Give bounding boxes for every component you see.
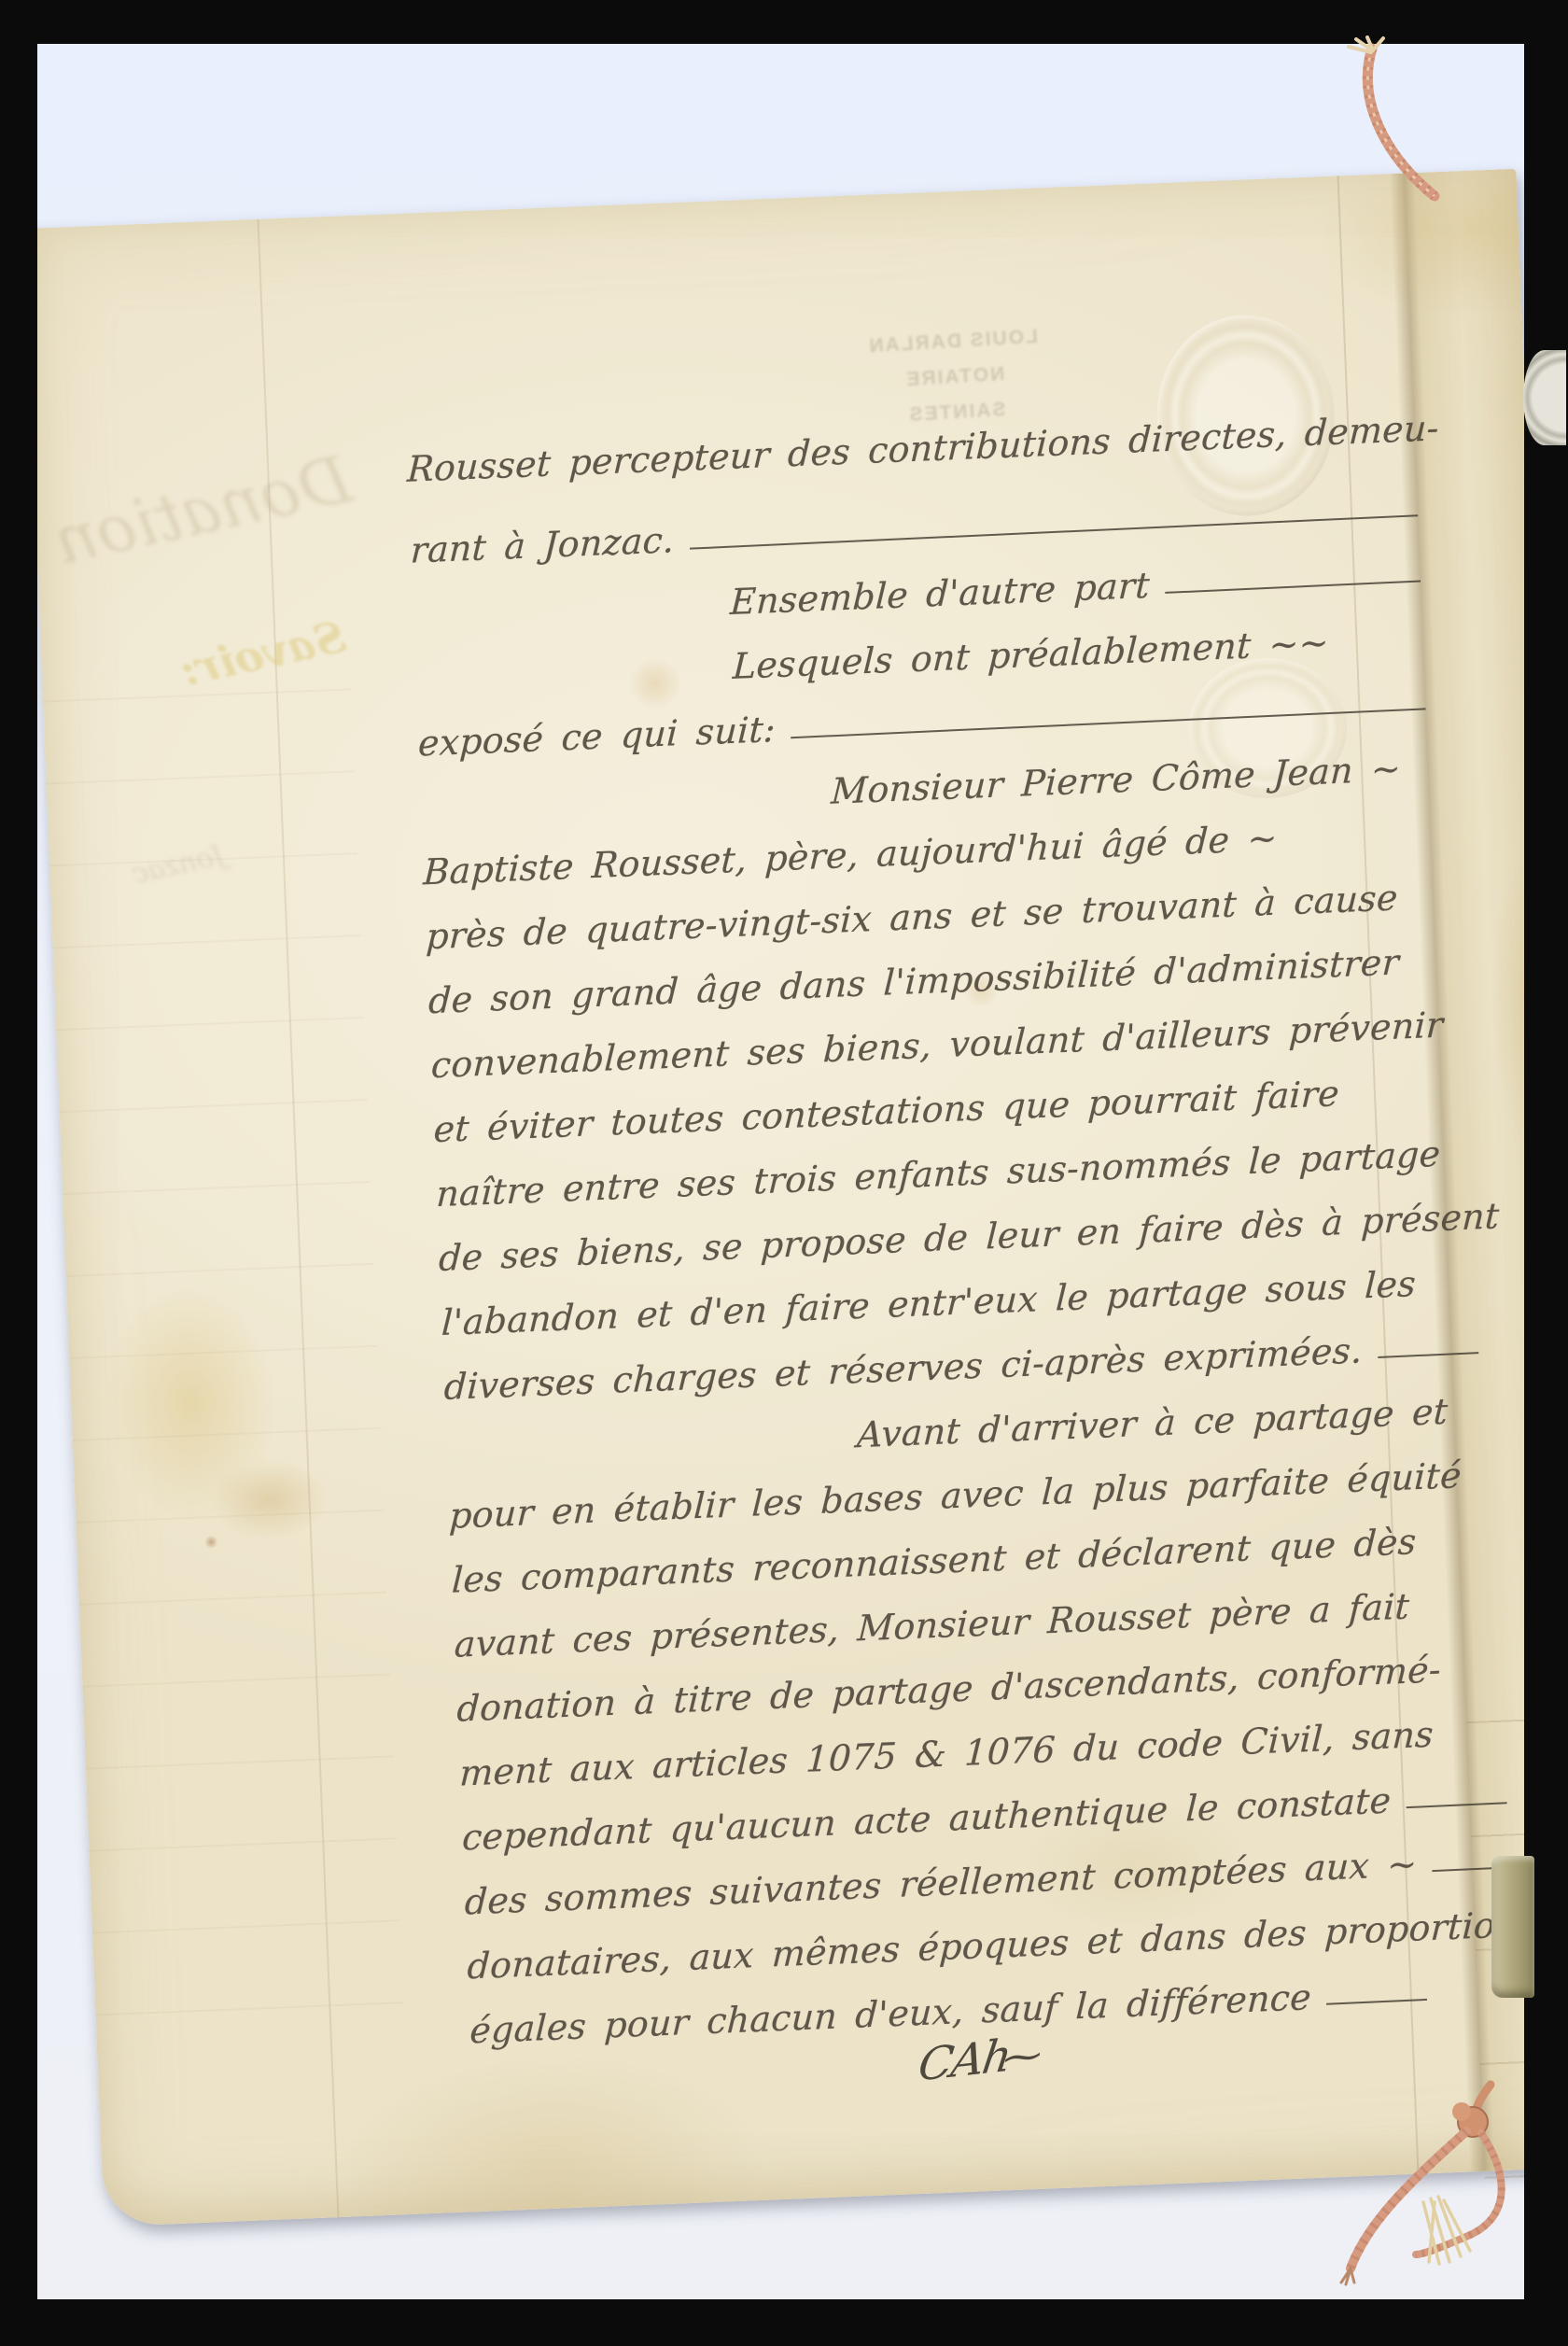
photo-of-archival-document: LOUIS DARLAN NOTAIRE SAINTES Donation Sa…	[0, 0, 1568, 2346]
letterbox-bottom	[0, 2299, 1568, 2346]
show-through-ruled-lines-left	[40, 608, 406, 2075]
binding-cord-top	[1330, 35, 1470, 213]
verso-script-show-through: Donation	[48, 441, 358, 580]
embossed-seal-fragment-right-edge	[1523, 350, 1566, 445]
ink-rule	[1378, 1352, 1478, 1358]
manuscript-line-text: égales pour chacun d'eux, sauf la différ…	[469, 1975, 1312, 2052]
ink-rule	[1326, 1999, 1427, 2005]
signature-paraph: CAh	[916, 2026, 1046, 2092]
ink-rule	[1165, 581, 1421, 594]
seal-tab	[1491, 1856, 1534, 1998]
document-page: LOUIS DARLAN NOTAIRE SAINTES Donation Sa…	[24, 169, 1568, 2227]
manuscript-text: Rousset percepteur des contributions dir…	[405, 386, 1479, 2052]
binding-cord-bottom	[1302, 2077, 1568, 2299]
letterbox-left	[0, 0, 37, 2346]
